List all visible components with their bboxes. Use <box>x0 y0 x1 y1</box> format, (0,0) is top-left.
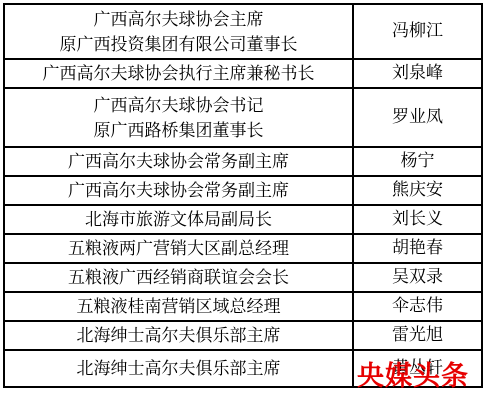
position-line: 广西高尔夫球协会常务副主席 <box>5 178 352 203</box>
position-line: 北海绅士高尔夫俱乐部主席 <box>5 356 352 381</box>
position-line: 广西高尔夫球协会书记 <box>5 93 352 118</box>
table-row: 广西高尔夫球协会执行主席兼秘书长 刘泉峰 <box>4 59 482 88</box>
table-row: 北海市旅游文体局副局长 刘长义 <box>4 205 482 234</box>
position-cell: 五粮液两广营销大区副总经理 <box>4 234 353 263</box>
name-cell: 雷光旭 <box>353 321 482 350</box>
position-cell: 广西高尔夫球协会书记 原广西路桥集团董事长 <box>4 88 353 147</box>
table-row: 广西高尔夫球协会主席 原广西投资集团有限公司董事长 冯柳江 <box>4 4 482 59</box>
name-cell: 吴双录 <box>353 263 482 292</box>
table-row: 五粮液广西经销商联谊会会长 吴双录 <box>4 263 482 292</box>
table-row: 北海绅士高尔夫俱乐部主席 雷光旭 <box>4 321 482 350</box>
position-line: 五粮液广西经销商联谊会会长 <box>5 265 352 290</box>
position-line: 广西高尔夫球协会执行主席兼秘书长 <box>5 61 352 86</box>
name-cell: 冯柳江 <box>353 4 482 59</box>
position-line: 广西高尔夫球协会主席 <box>5 7 352 32</box>
table-row: 五粮液两广营销大区副总经理 胡艳春 <box>4 234 482 263</box>
position-line: 北海绅士高尔夫俱乐部主席 <box>5 323 352 348</box>
officials-table: 广西高尔夫球协会主席 原广西投资集团有限公司董事长 冯柳江 广西高尔夫球协会执行… <box>3 3 483 388</box>
position-line: 北海市旅游文体局副局长 <box>5 207 352 232</box>
position-cell: 广西高尔夫球协会主席 原广西投资集团有限公司董事长 <box>4 4 353 59</box>
name-cell: 熊庆安 <box>353 176 482 205</box>
table-row: 广西高尔夫球协会常务副主席 熊庆安 <box>4 176 482 205</box>
name-cell: 刘泉峰 <box>353 59 482 88</box>
position-line: 五粮液两广营销大区副总经理 <box>5 236 352 261</box>
name-cell: 杨宁 <box>353 147 482 176</box>
position-cell: 北海绅士高尔夫俱乐部主席 <box>4 321 353 350</box>
table-row: 广西高尔夫球协会常务副主席 杨宁 <box>4 147 482 176</box>
position-line: 五粮液桂南营销区域总经理 <box>5 294 352 319</box>
position-cell: 广西高尔夫球协会常务副主席 <box>4 176 353 205</box>
position-cell: 北海市旅游文体局副局长 <box>4 205 353 234</box>
position-cell: 五粮液桂南营销区域总经理 <box>4 292 353 321</box>
position-cell: 北海绅士高尔夫俱乐部主席 <box>4 350 353 387</box>
name-cell: 伞志伟 <box>353 292 482 321</box>
page: 广西高尔夫球协会主席 原广西投资集团有限公司董事长 冯柳江 广西高尔夫球协会执行… <box>0 0 487 418</box>
watermark: 央媒头条 <box>357 361 469 391</box>
position-line: 原广西路桥集团董事长 <box>5 118 352 143</box>
name-cell: 罗业凤 <box>353 88 482 147</box>
table-row: 五粮液桂南营销区域总经理 伞志伟 <box>4 292 482 321</box>
position-cell: 广西高尔夫球协会执行主席兼秘书长 <box>4 59 353 88</box>
position-cell: 广西高尔夫球协会常务副主席 <box>4 147 353 176</box>
position-line: 原广西投资集团有限公司董事长 <box>5 32 352 57</box>
table-row: 广西高尔夫球协会书记 原广西路桥集团董事长 罗业凤 <box>4 88 482 147</box>
position-cell: 五粮液广西经销商联谊会会长 <box>4 263 353 292</box>
name-cell: 胡艳春 <box>353 234 482 263</box>
name-cell: 刘长义 <box>353 205 482 234</box>
position-line: 广西高尔夫球协会常务副主席 <box>5 149 352 174</box>
